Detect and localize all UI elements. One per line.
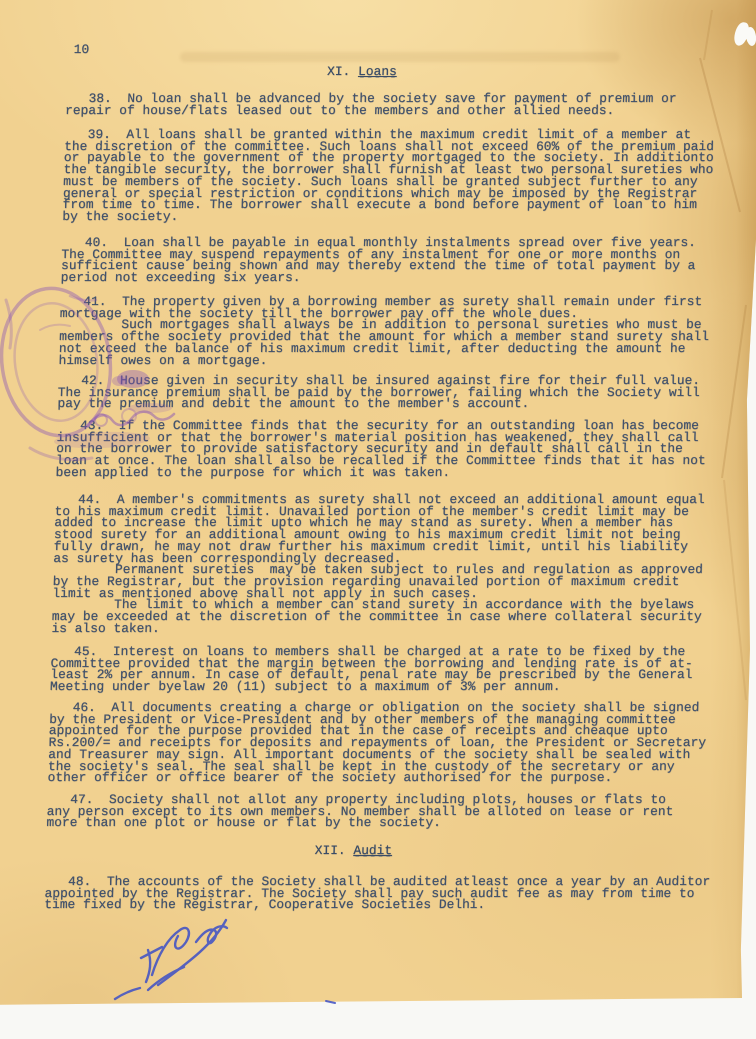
bylaw-paragraph-43: 43. If the Committee finds that the secu… bbox=[55, 420, 706, 479]
bylaw-paragraph-48: 48. The accounts of the Society shall be… bbox=[44, 876, 710, 911]
bylaw-paragraph-39: 39. All loans shall be granted within th… bbox=[62, 129, 714, 223]
page-number: 10 bbox=[74, 44, 90, 56]
section-heading-audit: XII. Audit----- bbox=[314, 845, 392, 868]
typewritten-text-layer: 10 XI. Loans----- 38. No loan shall be a… bbox=[41, 0, 756, 1039]
heading-underline-dashes: ----- bbox=[358, 71, 397, 83]
heading-word: Audit----- bbox=[353, 845, 392, 857]
heading-prefix: XII. bbox=[315, 843, 346, 858]
bylaw-paragraph-47: 47. Society shall not allot any property… bbox=[46, 794, 674, 829]
bylaw-paragraph-45: 45. Interest on loans to members shall b… bbox=[50, 646, 693, 693]
bylaw-paragraph-40: 40. Loan shall be payable in equal month… bbox=[61, 237, 697, 284]
scanned-document-page: 10 XI. Loans----- 38. No loan shall be a… bbox=[0, 0, 756, 1039]
bylaw-paragraph-46: 46. All documents creating a charge or o… bbox=[47, 702, 707, 784]
heading-prefix: XI. bbox=[327, 64, 351, 79]
heading-underline-dashes: ----- bbox=[353, 850, 392, 862]
bylaw-paragraph-44: 44. A member's commitments as surety sha… bbox=[51, 494, 704, 635]
section-heading-loans: XI. Loans----- bbox=[327, 66, 397, 89]
bylaw-paragraph-38: 38. No loan shall be advanced by the soc… bbox=[65, 93, 677, 116]
bylaw-paragraph-41: 41. The property given by a borrowing me… bbox=[58, 296, 710, 366]
bylaw-paragraph-42: 42. House given in security shall be ins… bbox=[57, 375, 700, 410]
heading-word: Loans----- bbox=[358, 66, 397, 78]
